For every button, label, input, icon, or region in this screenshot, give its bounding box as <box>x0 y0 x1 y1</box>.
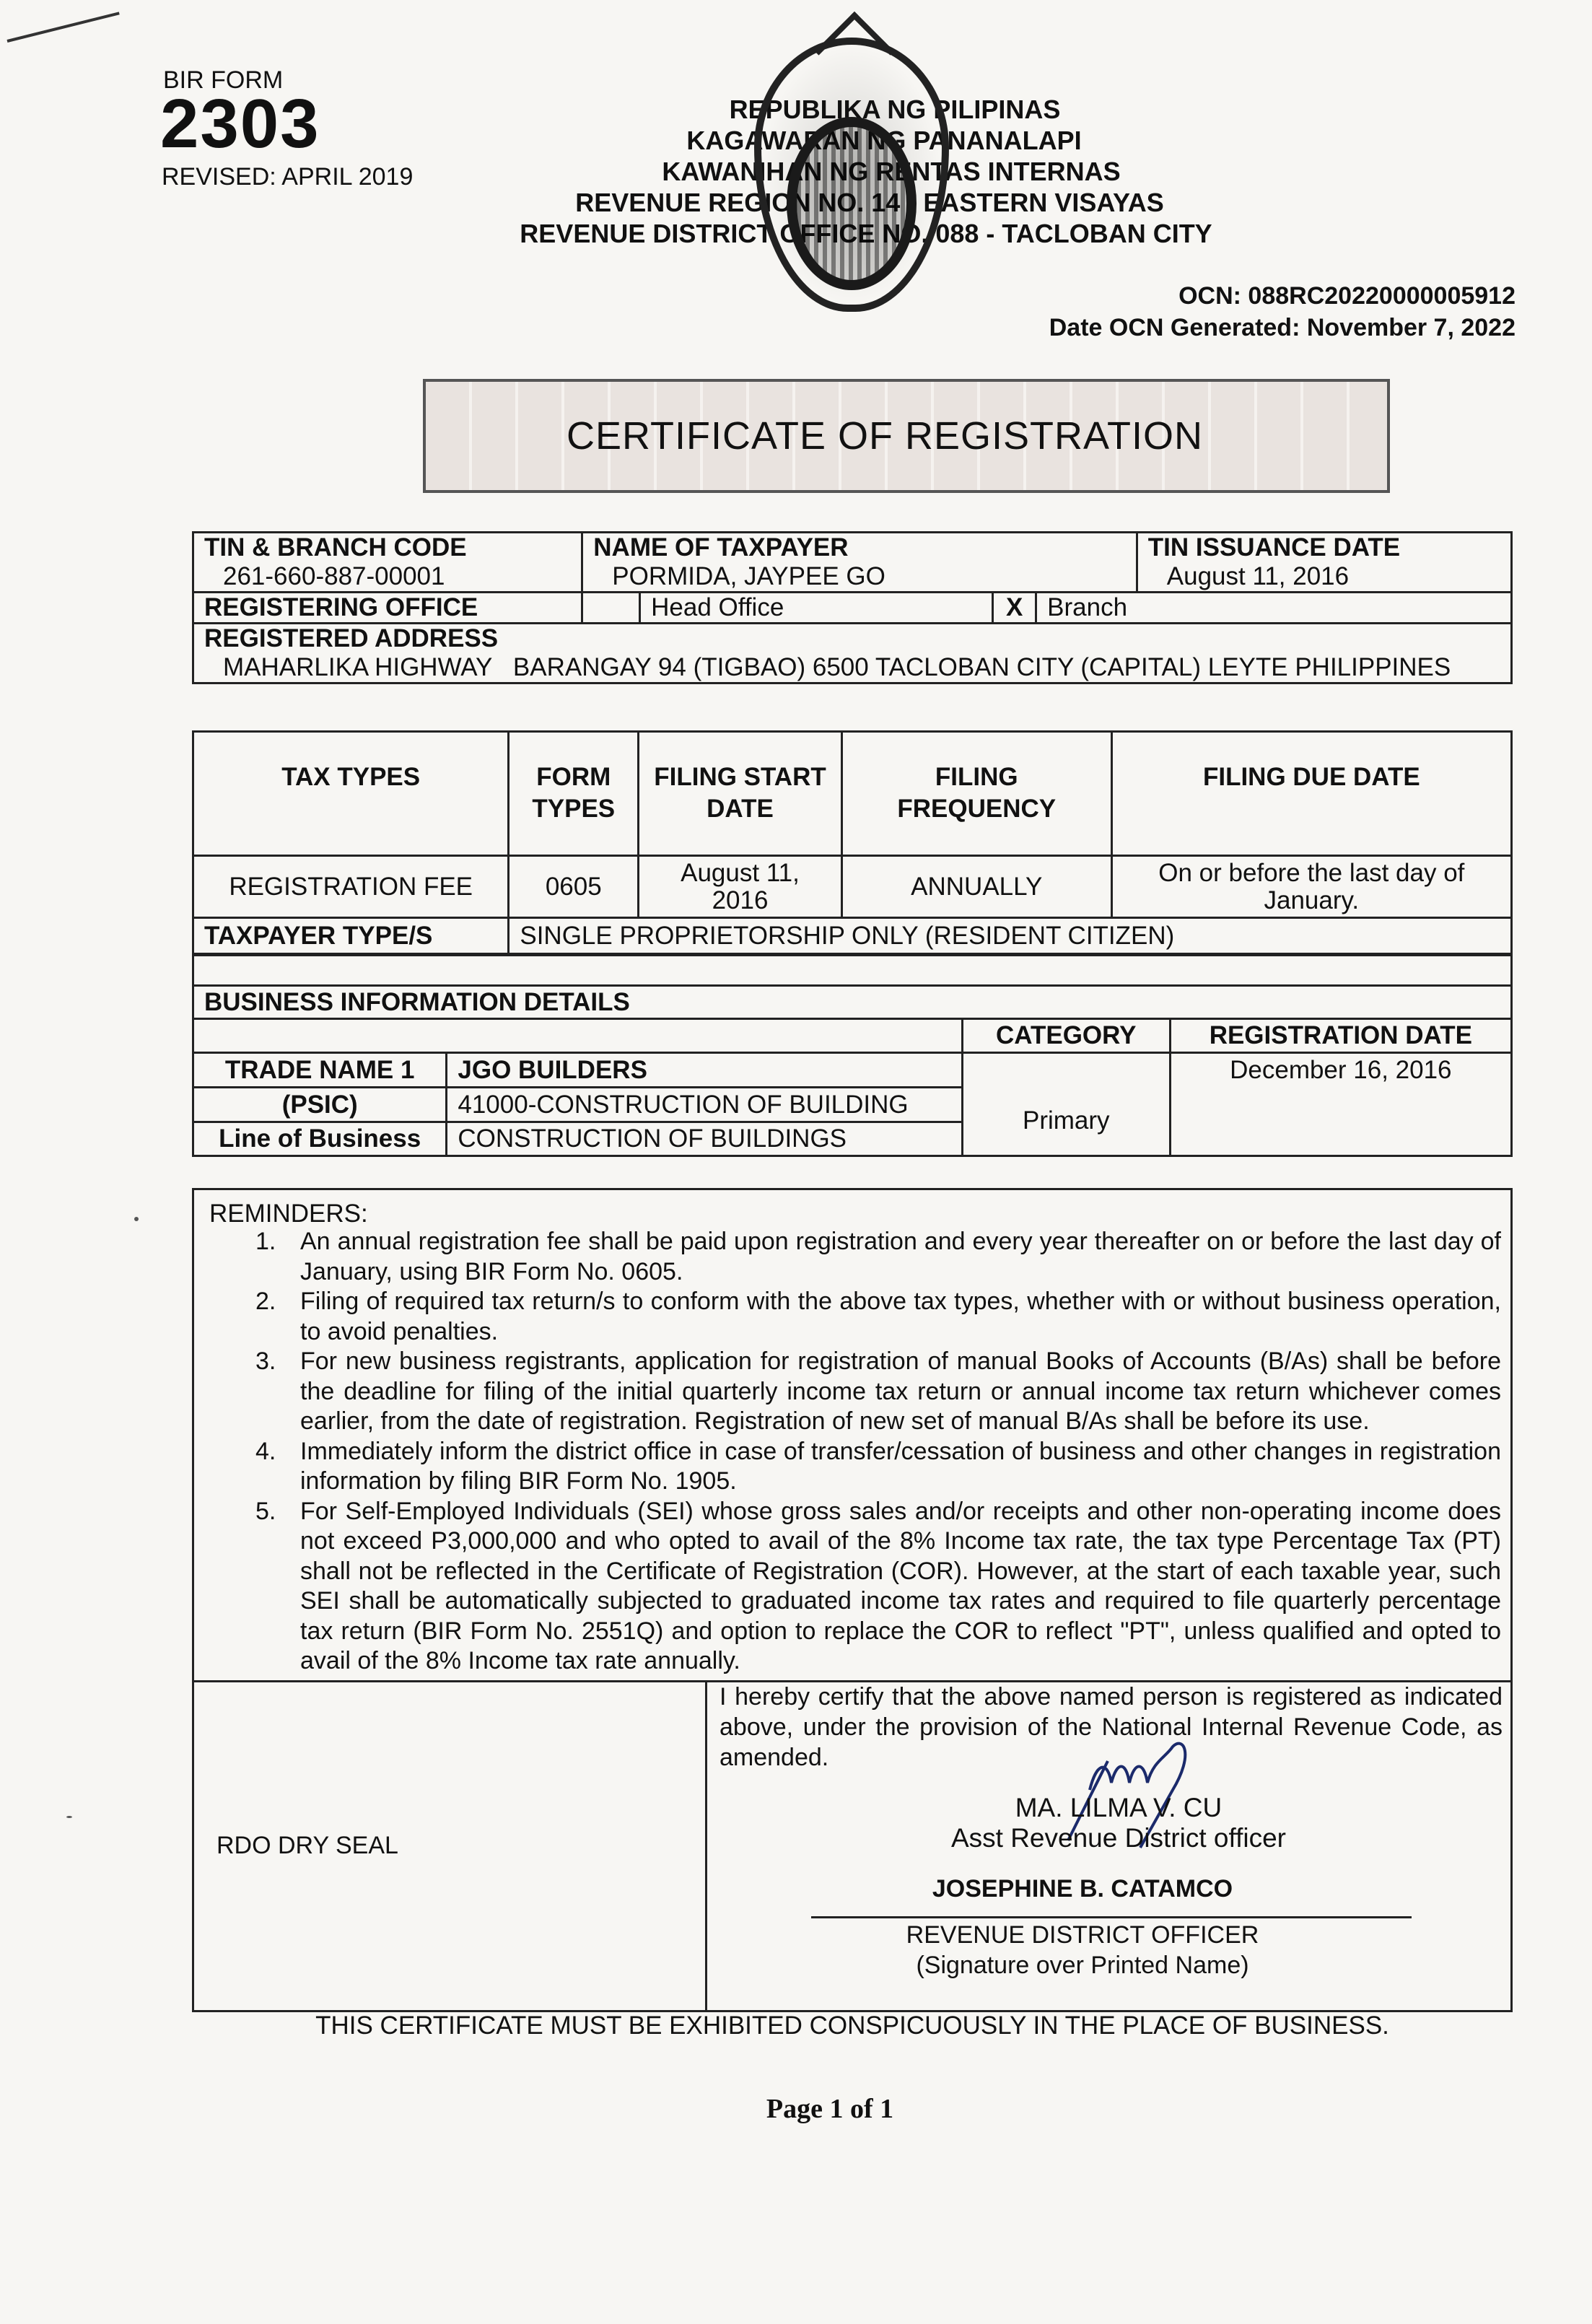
line-of-business-label: Line of Business <box>193 1122 447 1156</box>
table-row: TRADE NAME 1 JGO BUILDERS December 16, 2… <box>193 1053 1512 1088</box>
issuance-date: August 11, 2016 <box>1137 562 1511 593</box>
tax-types-table: TAX TYPES FORM TYPES FILING START DATE F… <box>192 730 1513 955</box>
business-info-table: BUSINESS INFORMATION DETAILS CATEGORY RE… <box>192 954 1513 1157</box>
col-header: TAX TYPES <box>193 732 509 856</box>
name-label: NAME OF TAXPAYER <box>593 533 848 562</box>
rdo-caption: (Signature over Printed Name) <box>830 1950 1335 1980</box>
bir-seal-icon <box>754 38 949 312</box>
signatory-block: MA. LILMA V. CU Asst Revenue District of… <box>866 1793 1371 1853</box>
reminders-title: REMINDERS: <box>209 1200 368 1228</box>
col-header: FORM TYPES <box>509 732 639 856</box>
list-item: 2.Filing of required tax return/s to con… <box>245 1287 1501 1347</box>
ocn-date: Date OCN Generated: November 7, 2022 <box>1049 312 1516 344</box>
taxpayer-name: PORMIDA, JAYPEE GO <box>582 562 1137 593</box>
certificate-title: CERTIFICATE OF REGISTRATION <box>567 414 1203 458</box>
rdo-title: REVENUE DISTRICT OFFICER <box>830 1920 1335 1950</box>
registering-office-label: REGISTERING OFFICE <box>193 593 582 624</box>
psic-value: 41000-CONSTRUCTION OF BUILDING <box>447 1088 963 1122</box>
col-header: FILING FREQUENCY <box>841 732 1111 856</box>
table-row: (PSIC) 41000-CONSTRUCTION OF BUILDING Pr… <box>193 1088 1512 1122</box>
col-header: FILING DUE DATE <box>1111 732 1511 856</box>
rdo-title-block: REVENUE DISTRICT OFFICER (Signature over… <box>830 1920 1335 1980</box>
trade-name-label: TRADE NAME 1 <box>193 1053 447 1088</box>
rdo-name: JOSEPHINE B. CATAMCO <box>830 1875 1335 1903</box>
col-header: FILING START DATE <box>639 732 842 856</box>
list-item: 3.For new business registrants, applicat… <box>245 1347 1501 1437</box>
category-label: CATEGORY <box>962 1019 1170 1053</box>
signatory-title: Asst Revenue District officer <box>866 1823 1371 1853</box>
issuance-label: TIN ISSUANCE DATE <box>1148 533 1400 562</box>
ocn-block: OCN: 088RC20220000005912 Date OCN Genera… <box>1049 280 1516 344</box>
ocn-number: OCN: 088RC20220000005912 <box>1049 280 1516 312</box>
form-type: 0605 <box>509 856 639 918</box>
tin-value: 261-660-887-00001 <box>193 562 582 593</box>
list-item: 5.For Self-Employed Individuals (SEI) wh… <box>245 1497 1501 1677</box>
filing-due-date: On or before the last day of January. <box>1111 856 1511 918</box>
certificate-title-banner: CERTIFICATE OF REGISTRATION <box>423 379 1390 493</box>
exhibit-notice: THIS CERTIFICATE MUST BE EXHIBITED CONSP… <box>192 2011 1513 2040</box>
business-section-label: BUSINESS INFORMATION DETAILS <box>193 986 1512 1019</box>
scan-speck <box>134 1217 139 1221</box>
scan-speck <box>66 1816 72 1818</box>
signature-line <box>811 1916 1412 1918</box>
rdo-dry-seal-label: RDO DRY SEAL <box>217 1832 398 1860</box>
list-item: 4.Immediately inform the district office… <box>245 1437 1501 1497</box>
scan-edge-mark <box>7 12 120 43</box>
filing-frequency: ANNUALLY <box>841 856 1111 918</box>
tin-cell: TIN & BRANCH CODE <box>193 533 582 563</box>
registered-address: MAHARLIKA HIGHWAY BARANGAY 94 (TIGBAO) 6… <box>193 653 1512 683</box>
filing-start-date: August 11, 2016 <box>639 856 842 918</box>
taxpayer-table: TIN & BRANCH CODE NAME OF TAXPAYER TIN I… <box>192 531 1513 684</box>
branch-checkmark: X <box>993 593 1036 624</box>
category-value: Primary <box>962 1088 1170 1156</box>
tax-type: REGISTRATION FEE <box>193 856 509 918</box>
psic-label: (PSIC) <box>193 1088 447 1122</box>
form-number: 2303 <box>160 89 320 159</box>
taxpayer-type-value: SINGLE PROPRIETORSHIP ONLY (RESIDENT CIT… <box>509 918 1512 954</box>
head-office-option: Head Office <box>640 593 993 624</box>
registration-date-value: December 16, 2016 <box>1170 1053 1511 1088</box>
trade-name-value: JGO BUILDERS <box>447 1053 963 1088</box>
table-row: REGISTRATION FEE 0605 August 11, 2016 AN… <box>193 856 1512 918</box>
page-number: Page 1 of 1 <box>650 2093 1010 2125</box>
taxpayer-type-label: TAXPAYER TYPE/S <box>193 918 509 954</box>
signatory-name: MA. LILMA V. CU <box>866 1793 1371 1823</box>
registration-date-label: REGISTRATION DATE <box>1170 1019 1511 1053</box>
form-revision: REVISED: APRIL 2019 <box>162 163 413 191</box>
list-item: 1.An annual registration fee shall be pa… <box>245 1227 1501 1287</box>
address-label: REGISTERED ADDRESS <box>193 624 1512 654</box>
branch-option: Branch <box>1036 593 1512 624</box>
reminders-list: 1.An annual registration fee shall be pa… <box>245 1227 1501 1677</box>
line-of-business-value: CONSTRUCTION OF BUILDINGS <box>447 1122 963 1156</box>
